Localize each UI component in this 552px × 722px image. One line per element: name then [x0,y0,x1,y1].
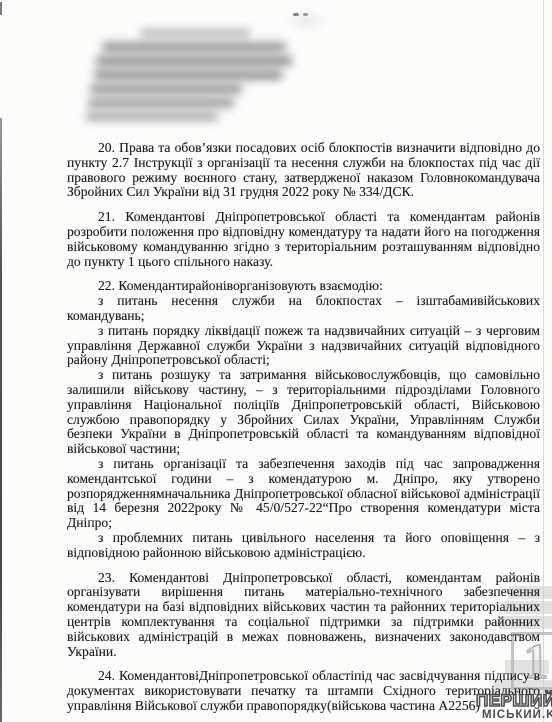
redacted-line [88,98,234,108]
redacted-line [90,84,242,94]
paragraph-20: 20. Права та обов’язки посадових осіб бл… [67,141,540,200]
paragraph-22-item-1: з питань несення служби на блокпостах – … [67,294,540,324]
redacted-line [96,56,292,66]
paragraph-24: 24. КомендантовіДніпропетровської област… [67,669,540,713]
paragraph-22-item-3: з питань розшуку та затримання військово… [67,368,540,457]
redacted-line [102,42,286,52]
scan-edge-line-left [0,118,2,722]
paragraph-21: 21. Комендантові Дніпропетровської облас… [67,210,540,269]
paragraph-22-item-4: з питань організації та забезпечення зах… [67,457,540,531]
redacted-line [94,70,282,80]
redacted-text-block [86,28,294,132]
redacted-line [86,112,218,121]
scan-mark-dash [293,13,299,16]
paragraph-23: 23. Комендантові Дніпропетровської облас… [67,571,540,660]
watermark-subtitle: МІСЬКИЙ.KR [482,709,552,721]
watermark-title: ПЕРШИЙ [476,691,552,711]
paragraph-22-item-2: з питань порядку ліквідації пожеж та над… [67,324,540,368]
redacted-line [140,29,250,37]
paragraph-22-item-5: з проблемних питань цивільного населення… [67,531,540,561]
scanned-document-page: 20. Права та обов’язки посадових осіб бл… [0,0,552,722]
scan-mark-dash [303,13,308,16]
document-content: 20. Права та обов’язки посадових осіб бл… [67,141,540,714]
scan-edge-tick-left [0,2,2,15]
paragraph-22-intro: 22. Комендантирайоніворганізовують взаєм… [67,279,540,294]
